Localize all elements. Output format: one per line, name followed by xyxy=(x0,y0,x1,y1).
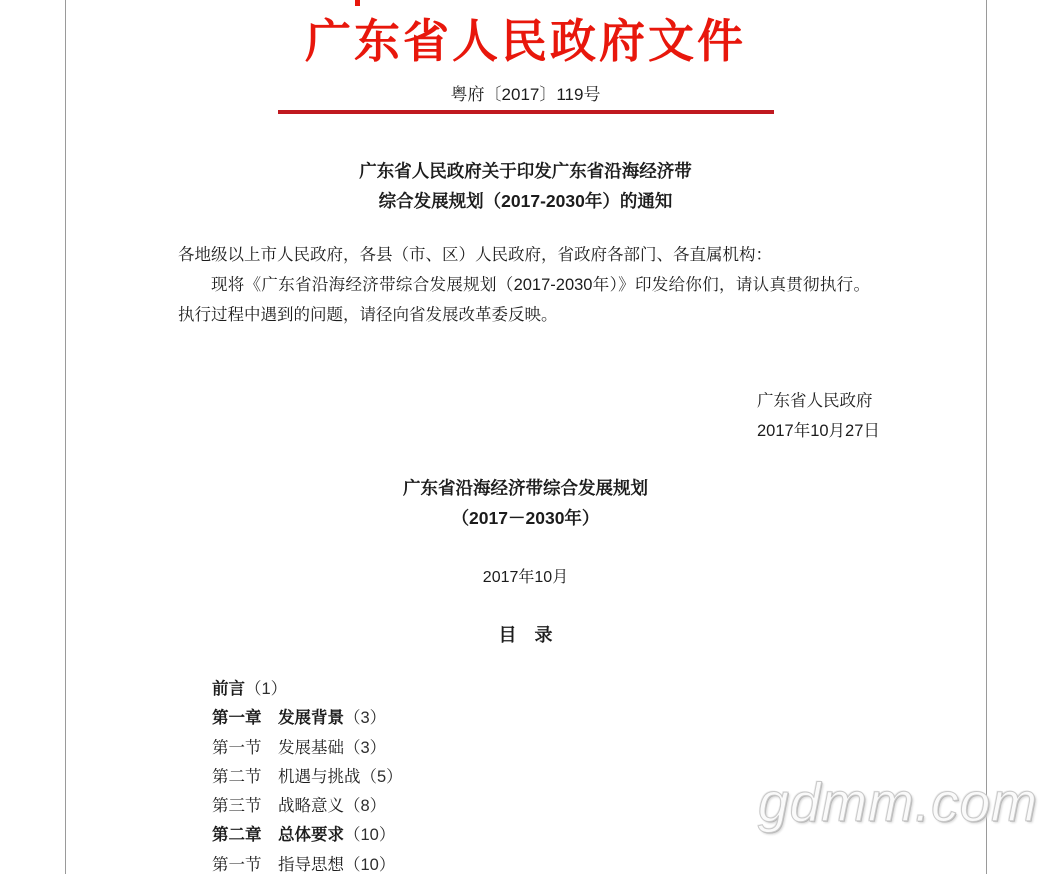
toc-item-title: 第一章 发展背景 xyxy=(212,709,344,727)
plan-title-line1: 广东省沿海经济带综合发展规划 xyxy=(65,473,986,503)
toc-item-chapter1: 第一章 发展背景（3） xyxy=(212,704,403,733)
toc-item-title: 第三节 战略意义 xyxy=(212,797,344,815)
notice-title-line1: 广东省人民政府关于印发广东省沿海经济带 xyxy=(65,156,986,186)
toc-item-ch1-sec1: 第一节 发展基础（3） xyxy=(212,734,403,763)
document-number: 粤府〔2017〕119号 xyxy=(65,80,986,105)
toc-item-foreword: 前言（1） xyxy=(212,675,403,704)
watermark: gdmm.com xyxy=(758,770,1038,834)
toc-heading: 目 录 xyxy=(65,621,986,647)
toc-item-title: 第二节 机遇与挑战 xyxy=(212,768,361,786)
toc-item-chapter2: 第二章 总体要求（10） xyxy=(212,821,403,850)
toc-item-title: 前言 xyxy=(212,680,245,698)
toc-item-title: 第二章 总体要求 xyxy=(212,826,344,844)
toc-item-page: （1） xyxy=(245,680,287,698)
notice-body: 各地级以上市人民政府，各县（市、区）人民政府，省政府各部门、各直属机构： 现将《… xyxy=(178,240,870,330)
toc-list: 前言（1） 第一章 发展背景（3） 第一节 发展基础（3） 第二节 机遇与挑战（… xyxy=(212,675,403,874)
plan-title: 广东省沿海经济带综合发展规划 （2017－2030年） xyxy=(65,473,986,533)
toc-item-page: （8） xyxy=(344,797,386,815)
toc-item-title: 第一节 发展基础 xyxy=(212,739,344,757)
salutation-line: 各地级以上市人民政府，各县（市、区）人民政府，省政府各部门、各直属机构： xyxy=(178,240,870,270)
notice-paragraph: 现将《广东省沿海经济带综合发展规划（2017-2030年）》印发给你们，请认真贯… xyxy=(178,270,870,330)
letterhead-divider-line xyxy=(278,110,774,114)
page-left-border xyxy=(65,0,66,874)
toc-item-ch1-sec2: 第二节 机遇与挑战（5） xyxy=(212,763,403,792)
toc-item-page: （3） xyxy=(344,739,386,757)
toc-item-ch1-sec3: 第三节 战略意义（8） xyxy=(212,792,403,821)
toc-item-page: （10） xyxy=(344,856,395,874)
sign-date: 2017年10月27日 xyxy=(757,416,880,446)
toc-item-ch2-sec1: 第一节 指导思想（10） xyxy=(212,851,403,874)
notice-title: 广东省人民政府关于印发广东省沿海经济带 综合发展规划（2017-2030年）的通… xyxy=(65,156,986,216)
plan-title-line2: （2017－2030年） xyxy=(65,503,986,533)
page-right-border xyxy=(986,0,987,874)
toc-item-title: 第一节 指导思想 xyxy=(212,856,344,874)
plan-date: 2017年10月 xyxy=(65,564,986,587)
toc-item-page: （10） xyxy=(344,826,395,844)
notice-title-line2: 综合发展规划（2017-2030年）的通知 xyxy=(65,186,986,216)
letterhead-title: 广东省人民政府文件 xyxy=(65,12,986,70)
toc-item-page: （3） xyxy=(344,709,386,727)
signature-block: 广东省人民政府 2017年10月27日 xyxy=(757,386,880,446)
cropped-red-text-fragment xyxy=(355,0,360,6)
document-page: 广东省人民政府文件 粤府〔2017〕119号 广东省人民政府关于印发广东省沿海经… xyxy=(0,0,1051,874)
signer-name: 广东省人民政府 xyxy=(757,386,880,416)
toc-item-page: （5） xyxy=(361,768,403,786)
